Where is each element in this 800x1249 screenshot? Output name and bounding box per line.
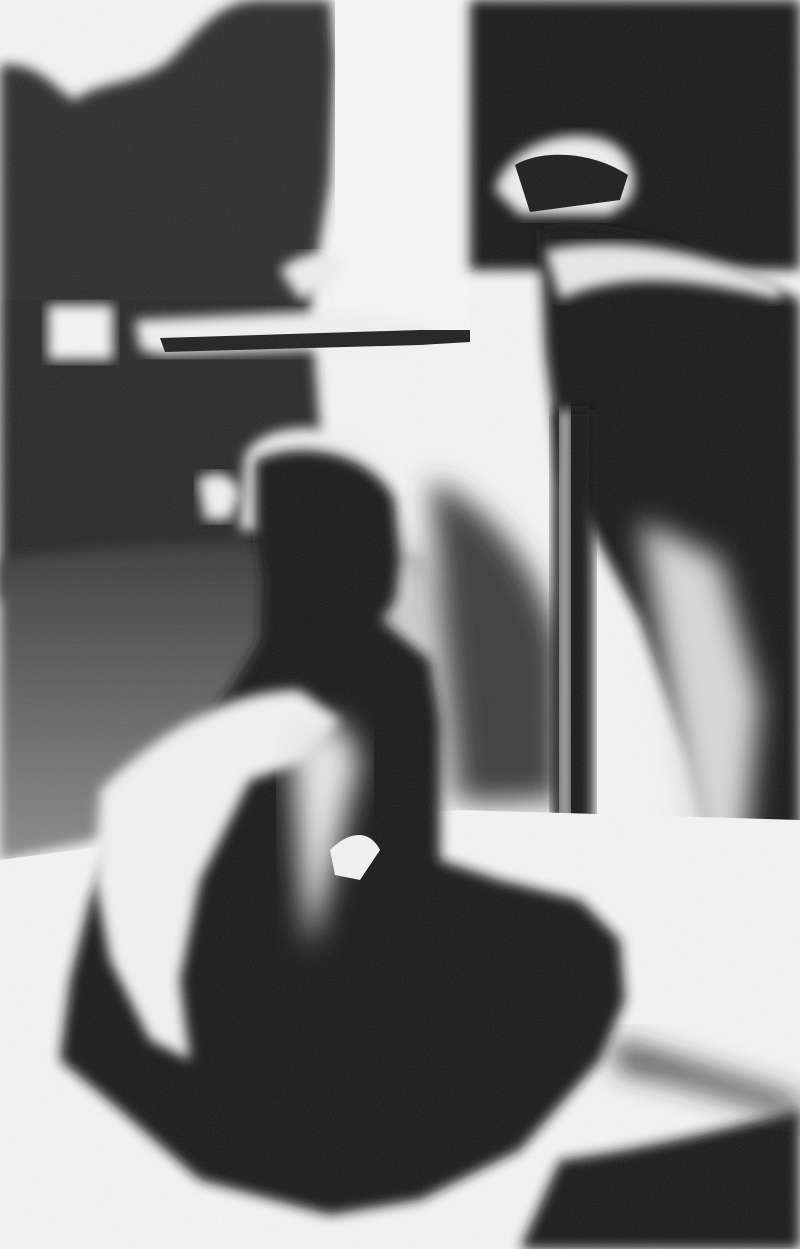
film-grain <box>0 0 800 1249</box>
photograph <box>0 0 800 1249</box>
photo-canvas <box>0 0 800 1249</box>
